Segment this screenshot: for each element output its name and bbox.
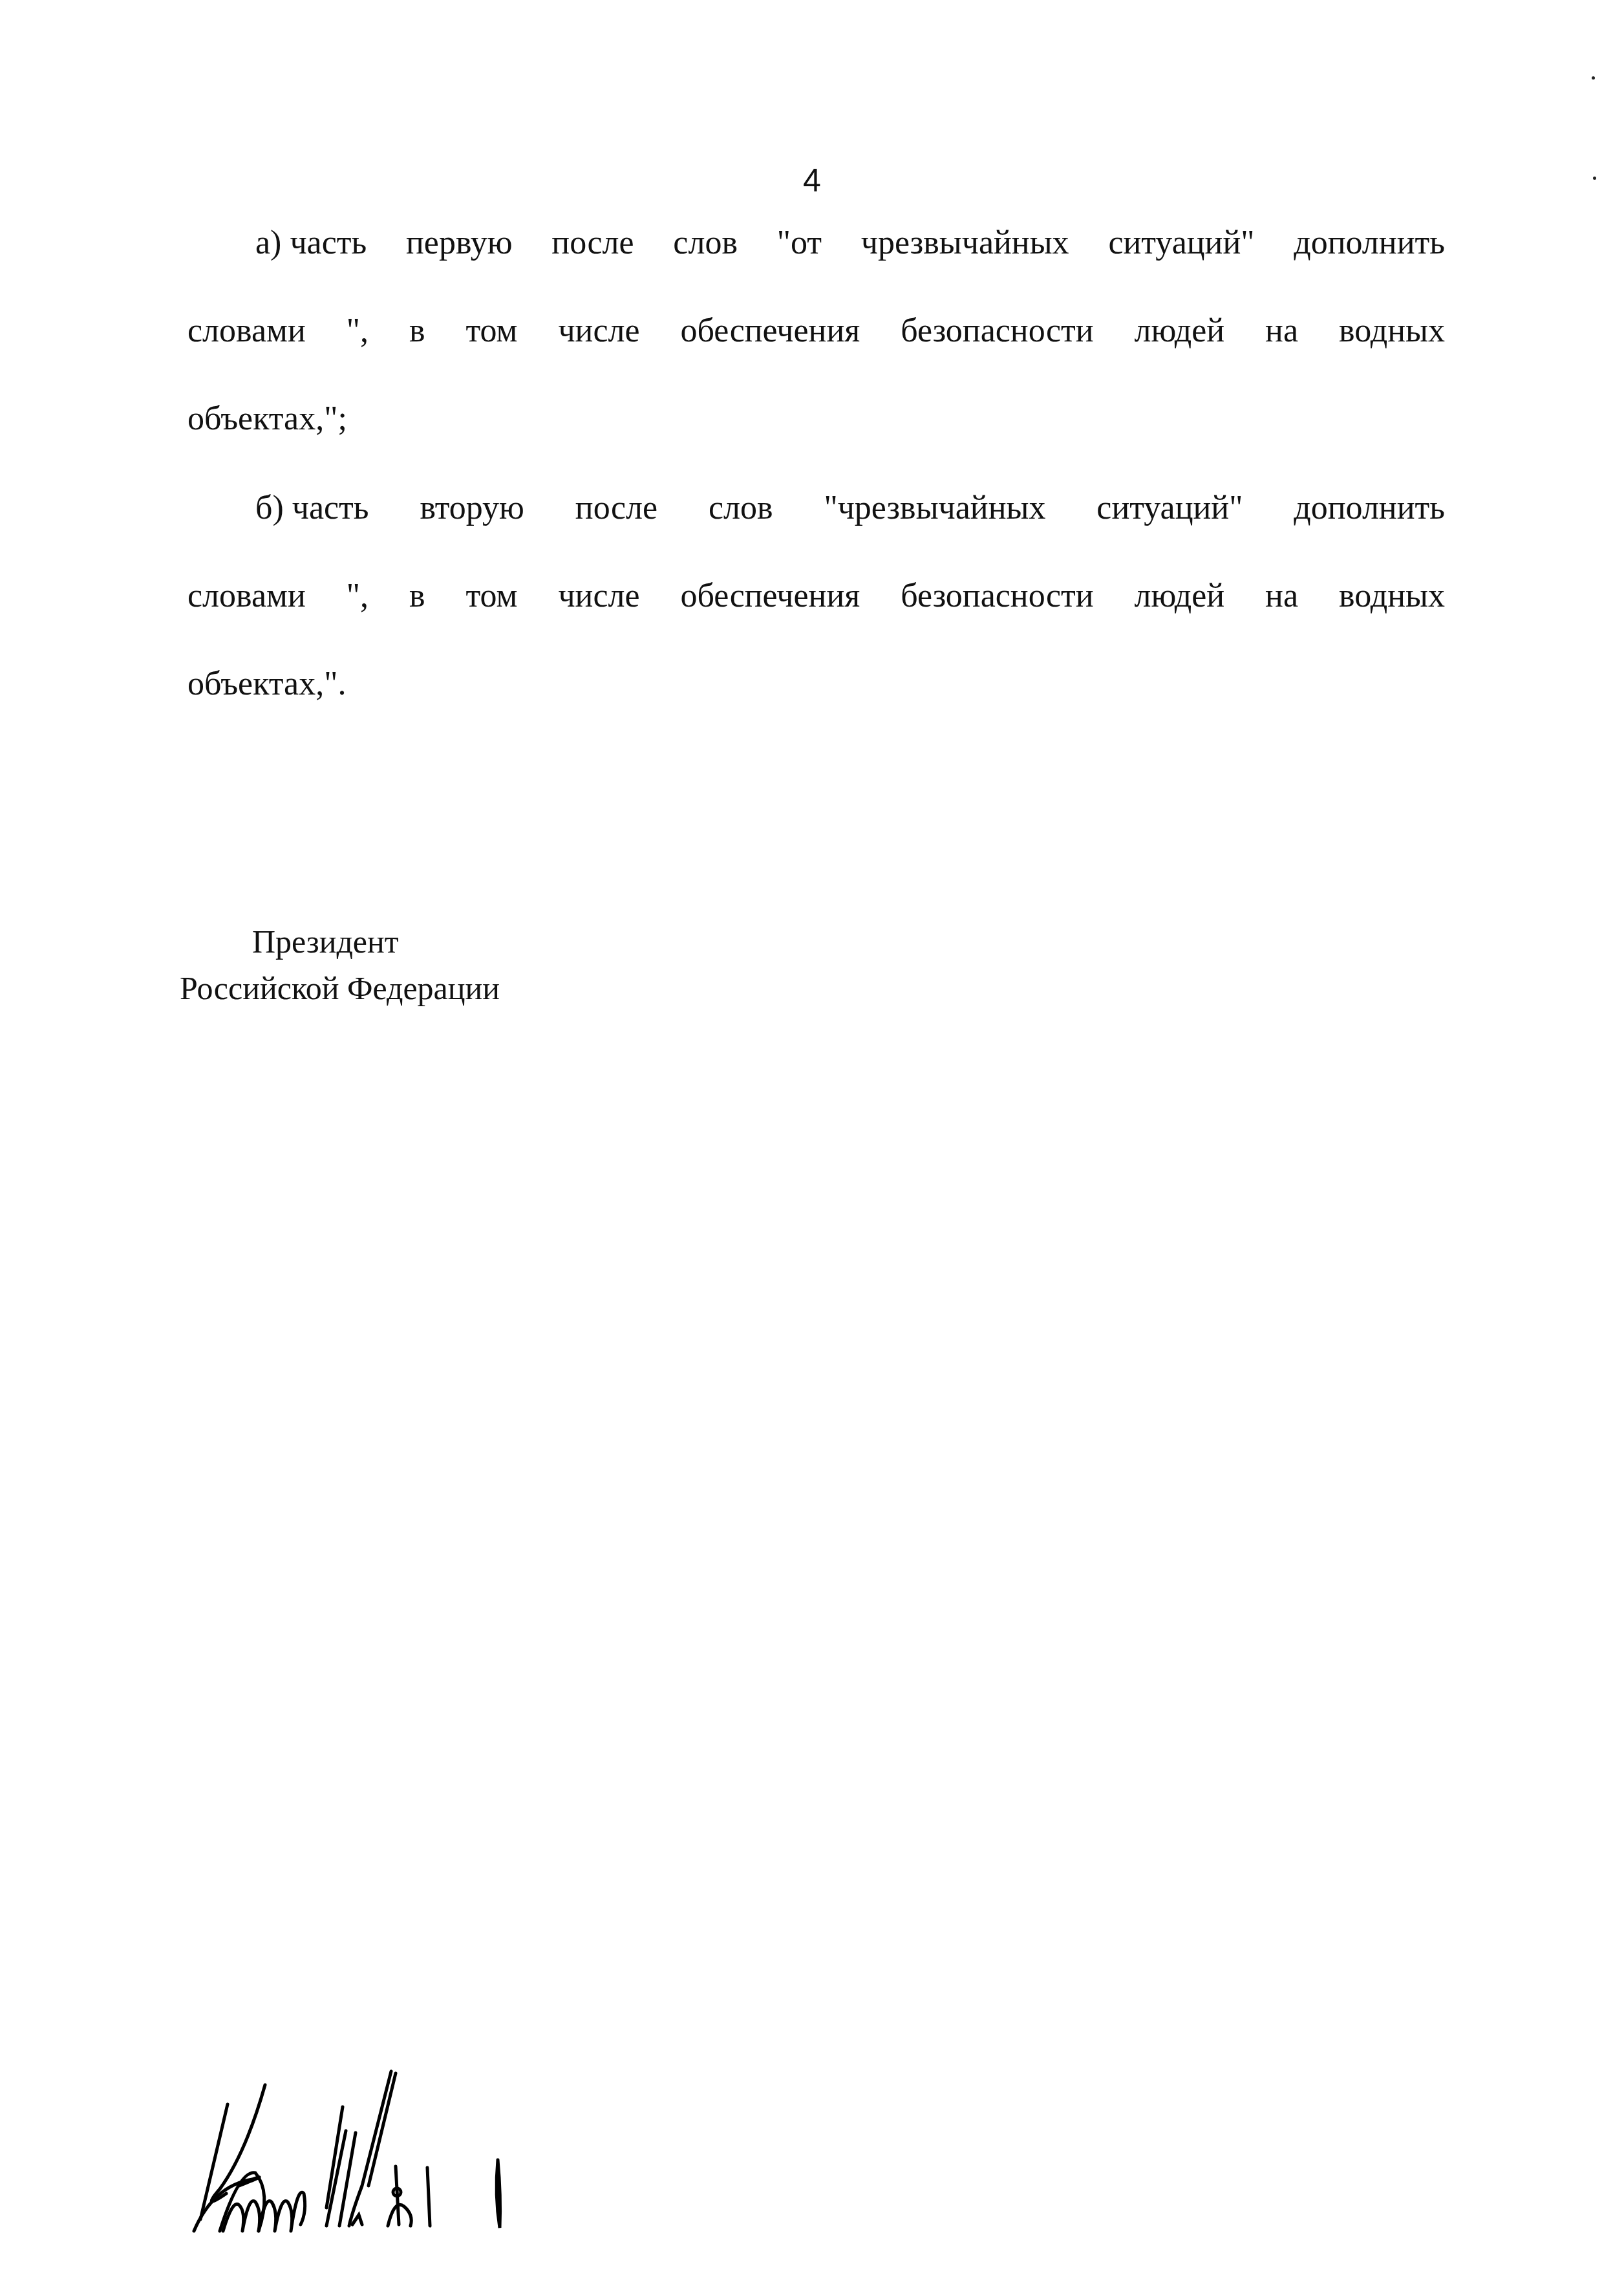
word: "от (777, 224, 822, 262)
word: на (1265, 577, 1298, 615)
word: ", (347, 312, 369, 350)
word: ситуаций" (1108, 224, 1254, 262)
word: людей (1135, 577, 1225, 615)
page-number: 4 (0, 162, 1624, 199)
word: людей (1135, 312, 1225, 350)
word: в (409, 312, 425, 350)
word: после (551, 224, 634, 262)
word: слов (709, 489, 773, 527)
word: безопасности (901, 312, 1093, 350)
word: слов (673, 224, 738, 262)
word: в (409, 577, 425, 615)
word: безопасности (901, 577, 1093, 615)
document-page: 4 а) частьпервуюпослеслов"отчрезвычайных… (0, 0, 1624, 2275)
word: числе (558, 312, 639, 350)
signature-2-icon (326, 2071, 396, 2226)
word: обеспечения (681, 577, 860, 615)
word: б) часть (255, 489, 369, 527)
word: объектах,". (187, 665, 346, 703)
word: обеспечения (681, 312, 860, 350)
word: "чрезвычайных (824, 489, 1045, 527)
word: том (465, 577, 517, 615)
word: вторую (420, 489, 524, 527)
initial-marks-icon (388, 2160, 500, 2228)
signature-1-icon (194, 2085, 305, 2231)
word: словами (187, 577, 306, 615)
signature-block: Президент Российской Федерации (180, 918, 500, 1011)
handwritten-signatures (0, 2056, 1624, 2275)
signatory-country: Российской Федерации (180, 965, 500, 1011)
word: объектах,"; (187, 400, 347, 438)
word: водных (1339, 312, 1445, 350)
signatory-title: Президент (180, 918, 500, 965)
paragraph-line: а) частьпервуюпослеслов"отчрезвычайныхси… (187, 199, 1445, 286)
word: ситуаций" (1096, 489, 1243, 527)
paragraph-line: объектах,"; (187, 374, 1624, 462)
word: дополнить (1294, 224, 1445, 262)
word: водных (1339, 577, 1445, 615)
paragraph-line: объектах,". (187, 640, 1624, 728)
paragraph-line: б) частьвторуюпослеслов"чрезвычайныхситу… (187, 464, 1445, 552)
scan-speck (1593, 177, 1596, 180)
word: том (465, 312, 517, 350)
word: после (575, 489, 657, 527)
word: а) часть (255, 224, 367, 262)
word: числе (558, 577, 639, 615)
paragraph-line: словами",втомчислеобеспечениябезопасност… (187, 552, 1445, 640)
word: ", (347, 577, 369, 615)
paragraph-a: а) частьпервуюпослеслов"отчрезвычайныхси… (187, 199, 1624, 462)
word: словами (187, 312, 306, 350)
word: первую (406, 224, 513, 262)
word: чрезвычайных (861, 224, 1069, 262)
paragraph-line: словами",втомчислеобеспечениябезопасност… (187, 286, 1445, 374)
paragraph-b: б) частьвторуюпослеслов"чрезвычайныхситу… (187, 464, 1624, 728)
scan-speck (1592, 76, 1595, 80)
word: на (1265, 312, 1298, 350)
word: дополнить (1294, 489, 1445, 527)
